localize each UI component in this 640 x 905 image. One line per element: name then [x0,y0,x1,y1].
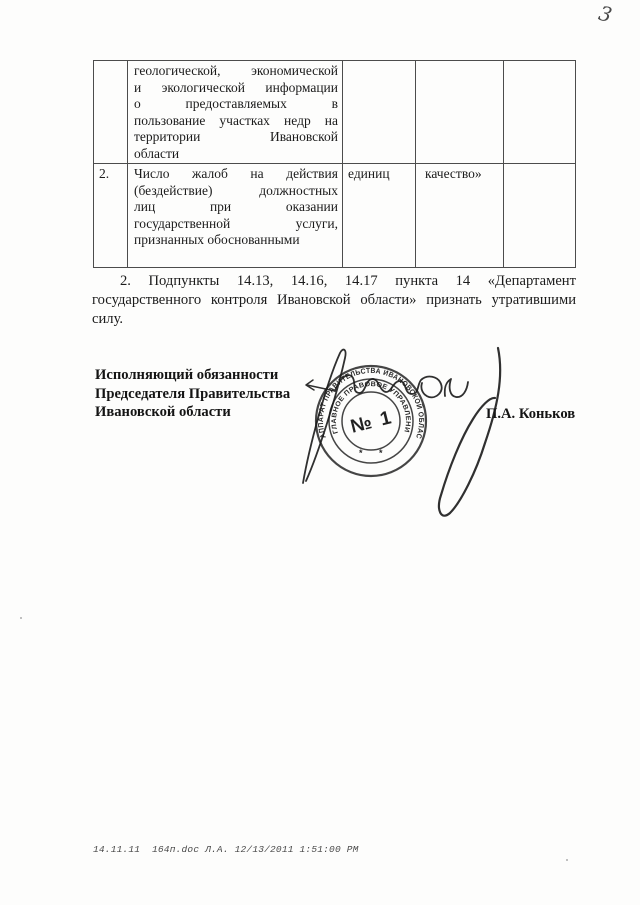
description-line: государственной услуги, [134,216,338,233]
indicator-description-cell: геологической, экономической и экологиче… [128,61,343,164]
handwritten-signature [275,340,545,525]
scan-speck [20,617,22,619]
description-line: геологической, экономической [134,63,338,80]
scan-speck [566,859,568,861]
handwritten-page-number: 3 [596,1,614,27]
table-row: 2. Число жалоб на действия (бездействие)… [94,164,576,268]
description-line: области [134,146,338,163]
description-line: и экологической информации [134,80,338,97]
description-line: признанных обоснованными [134,232,338,249]
unit-cell [343,61,416,164]
position-line: Председателя Правительства [95,385,290,404]
paragraph-line: силу. [92,310,576,329]
description-line: территории Ивановской [134,129,338,146]
signature-stroke [303,350,346,483]
empty-cell [504,61,576,164]
description-line: о предоставляемых в [134,96,338,113]
paragraph-line: 2. Подпункты 14.13, 14.16, 14.17 пункта … [92,272,576,291]
description-line: пользование участках недр на [134,113,338,130]
indicators-table: геологической, экономической и экологиче… [93,60,576,268]
signature-stroke [439,348,500,516]
empty-cell [504,164,576,268]
paragraph-line: государственного контроля Ивановской обл… [92,291,576,310]
row-number-cell [94,61,128,164]
description-line: (бездействие) должностных [134,183,338,200]
unit-cell: единиц [343,164,416,268]
position-line: Ивановской области [95,403,290,422]
note-cell [416,61,504,164]
body-paragraph: 2. Подпункты 14.13, 14.16, 14.17 пункта … [92,272,576,330]
scanned-document-page: 3 геологической, экономической и экологи… [0,0,640,905]
typewriter-footer: 14.11.11 164п.doc Л.А. 12/13/2011 1:51:0… [93,844,359,855]
description-line: Число жалоб на действия [134,166,338,183]
signature-stroke [335,375,468,397]
description-line: лиц при оказании [134,199,338,216]
position-line: Исполняющий обязанности [95,366,290,385]
signature-stroke [306,380,335,391]
signature-position-block: Исполняющий обязанности Председателя Пра… [95,366,290,422]
row-number-cell: 2. [94,164,128,268]
table-row: геологической, экономической и экологиче… [94,61,576,164]
indicator-description-cell: Число жалоб на действия (бездействие) до… [128,164,343,268]
note-cell: качество» [416,164,504,268]
